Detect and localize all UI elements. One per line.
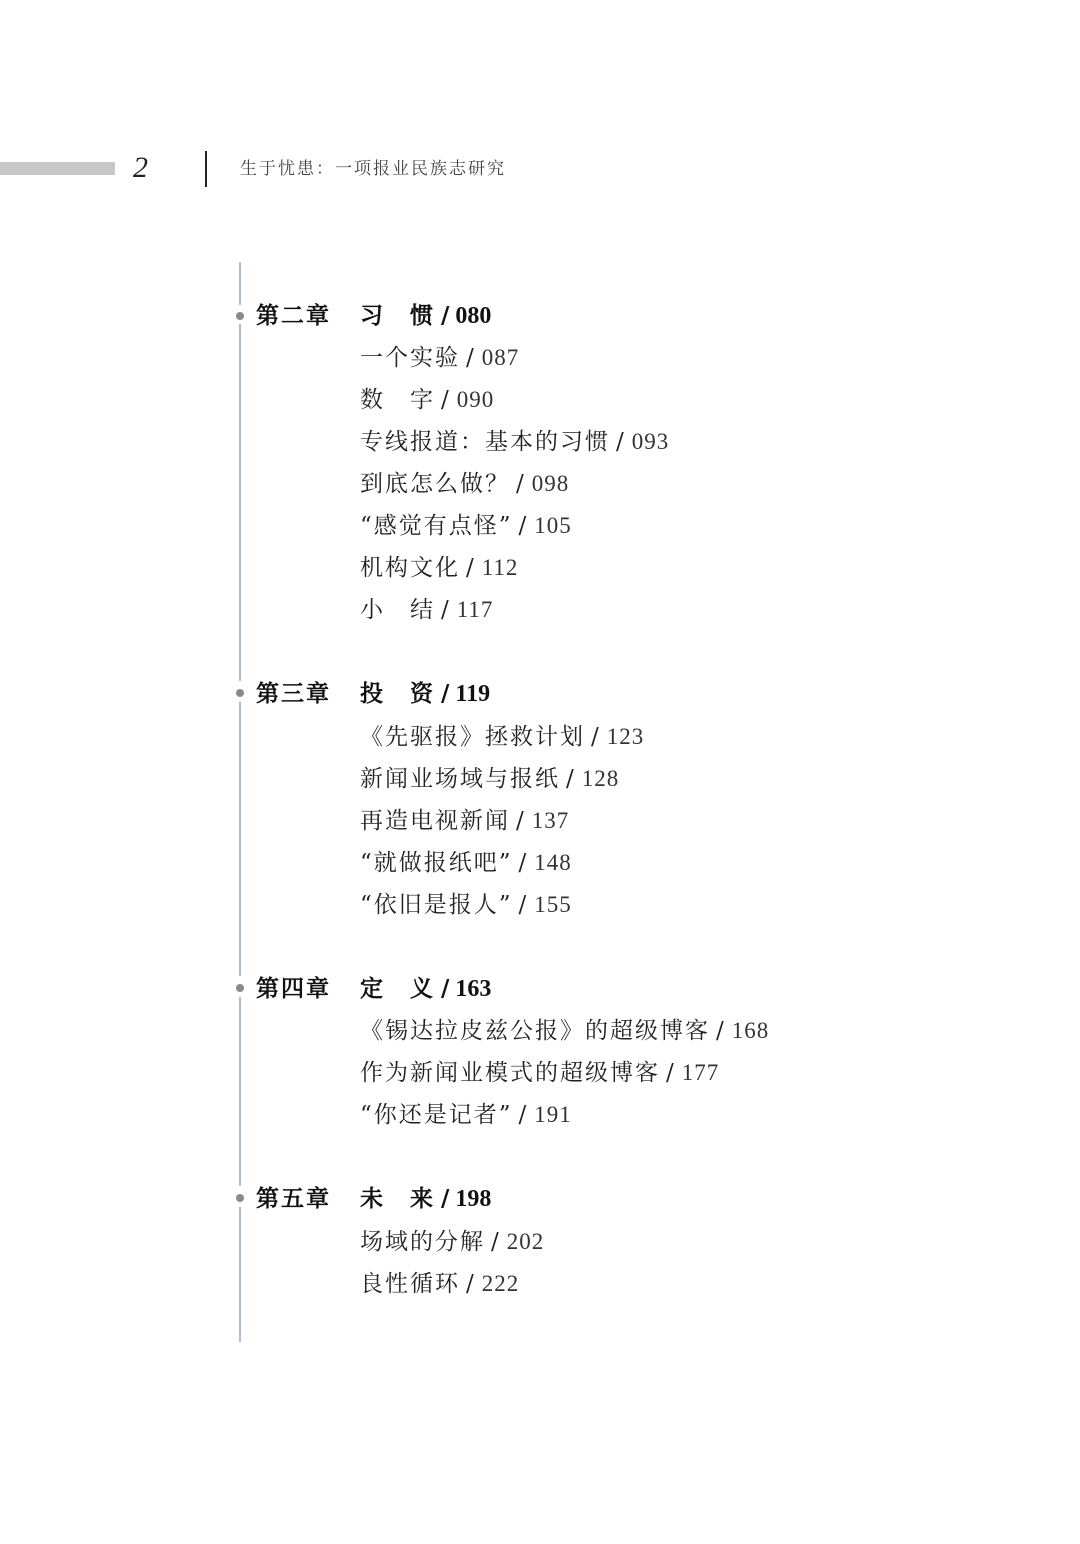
toc-timeline-line <box>239 324 241 681</box>
section-title: 《锡达拉皮兹公报》的超级博客 <box>360 1018 710 1044</box>
chapter-title: 习 惯 <box>360 303 435 329</box>
chapter-title: 投 资 <box>360 681 435 707</box>
toc-timeline-line <box>239 702 241 976</box>
chapter-heading[interactable]: 第四章定 义/163 <box>256 974 491 1004</box>
section-page: 191 <box>534 1102 572 1127</box>
separator: / <box>491 1229 501 1255</box>
section-title: 作为新闻业模式的超级博客 <box>360 1060 660 1086</box>
chapter-bullet-icon <box>236 689 244 697</box>
chapter-label: 第三章 <box>256 679 360 709</box>
section-page: 168 <box>732 1018 770 1043</box>
toc-section-item[interactable]: 良性循环/222 <box>360 1269 519 1299</box>
toc-section-item[interactable]: 到底怎么做？/098 <box>360 469 569 499</box>
section-page: 202 <box>507 1229 545 1254</box>
chapter-heading[interactable]: 第五章未 来/198 <box>256 1184 491 1214</box>
chapter-page: 119 <box>455 681 490 707</box>
section-page: 105 <box>534 513 572 538</box>
separator: / <box>441 387 451 413</box>
toc-timeline-line <box>239 262 241 305</box>
toc-section-item[interactable]: 新闻业场域与报纸/128 <box>360 764 619 794</box>
section-page: 177 <box>682 1060 720 1085</box>
toc-section-item[interactable]: 作为新闻业模式的超级博客/177 <box>360 1058 719 1088</box>
section-title: “就做报纸吧” <box>360 850 513 876</box>
toc-section-item[interactable]: 《先驱报》拯救计划/123 <box>360 722 644 752</box>
section-title: 再造电视新闻 <box>360 808 510 834</box>
separator: / <box>516 471 526 497</box>
separator: / <box>441 1186 449 1212</box>
separator: / <box>566 766 576 792</box>
chapter-bullet-icon <box>236 1194 244 1202</box>
toc-section-item[interactable]: “感觉有点怪”/105 <box>360 511 572 541</box>
chapter-label: 第五章 <box>256 1184 360 1214</box>
section-page: 098 <box>532 471 570 496</box>
section-title: 良性循环 <box>360 1271 460 1297</box>
toc-section-item[interactable]: “就做报纸吧”/148 <box>360 848 572 878</box>
section-title: 《先驱报》拯救计划 <box>360 724 585 750</box>
section-page: 128 <box>582 766 620 791</box>
separator: / <box>466 345 476 371</box>
separator: / <box>666 1060 676 1086</box>
toc-section-item[interactable]: “依旧是报人”/155 <box>360 890 572 920</box>
section-title: 一个实验 <box>360 345 460 371</box>
toc-section-item[interactable]: 专线报道：基本的习惯/093 <box>360 427 669 457</box>
chapter-title: 定 义 <box>360 976 435 1002</box>
section-page: 087 <box>482 345 520 370</box>
separator: / <box>519 513 529 539</box>
section-page: 222 <box>482 1271 520 1296</box>
header-divider <box>205 151 207 187</box>
toc-timeline-line <box>239 1207 241 1342</box>
separator: / <box>516 808 526 834</box>
section-page: 123 <box>607 724 645 749</box>
section-title: 专线报道：基本的习惯 <box>360 429 610 455</box>
section-title: 新闻业场域与报纸 <box>360 766 560 792</box>
toc-section-item[interactable]: 再造电视新闻/137 <box>360 806 569 836</box>
chapter-heading[interactable]: 第三章投 资/119 <box>256 679 490 709</box>
toc-section-item[interactable]: 数 字/090 <box>360 385 494 415</box>
section-page: 093 <box>632 429 670 454</box>
chapter-bullet-icon <box>236 984 244 992</box>
separator: / <box>441 303 449 329</box>
section-page: 112 <box>482 555 519 580</box>
separator: / <box>441 597 451 623</box>
running-title: 生于忧患：一项报业民族志研究 <box>240 156 506 182</box>
chapter-title: 未 来 <box>360 1186 435 1212</box>
section-title: 场域的分解 <box>360 1229 485 1255</box>
page-number: 2 <box>133 150 148 186</box>
section-title: 到底怎么做？ <box>360 471 510 497</box>
chapter-page: 080 <box>455 303 491 329</box>
section-page: 090 <box>457 387 495 412</box>
header-decorative-bar <box>0 162 115 175</box>
section-title: “依旧是报人” <box>360 892 513 918</box>
section-page: 137 <box>532 808 570 833</box>
section-page: 117 <box>457 597 494 622</box>
toc-section-item[interactable]: “你还是记者”/191 <box>360 1100 572 1130</box>
separator: / <box>466 555 476 581</box>
chapter-heading[interactable]: 第二章习 惯/080 <box>256 301 491 331</box>
section-page: 155 <box>534 892 572 917</box>
chapter-page: 163 <box>455 976 491 1002</box>
chapter-label: 第二章 <box>256 301 360 331</box>
toc-section-item[interactable]: 小 结/117 <box>360 595 493 625</box>
separator: / <box>716 1018 726 1044</box>
separator: / <box>616 429 626 455</box>
chapter-label: 第四章 <box>256 974 360 1004</box>
separator: / <box>441 681 449 707</box>
toc-section-item[interactable]: 一个实验/087 <box>360 343 519 373</box>
separator: / <box>519 1102 529 1128</box>
toc-timeline-line <box>239 997 241 1186</box>
separator: / <box>519 892 529 918</box>
section-title: 数 字 <box>360 387 435 413</box>
toc-section-item[interactable]: 场域的分解/202 <box>360 1227 544 1257</box>
separator: / <box>591 724 601 750</box>
section-title: 机构文化 <box>360 555 460 581</box>
section-title: “感觉有点怪” <box>360 513 513 539</box>
chapter-bullet-icon <box>236 312 244 320</box>
toc-section-item[interactable]: 《锡达拉皮兹公报》的超级博客/168 <box>360 1016 769 1046</box>
section-title: 小 结 <box>360 597 435 623</box>
separator: / <box>466 1271 476 1297</box>
section-title: “你还是记者” <box>360 1102 513 1128</box>
separator: / <box>519 850 529 876</box>
section-page: 148 <box>534 850 572 875</box>
toc-section-item[interactable]: 机构文化/112 <box>360 553 518 583</box>
chapter-page: 198 <box>455 1186 491 1212</box>
separator: / <box>441 976 449 1002</box>
